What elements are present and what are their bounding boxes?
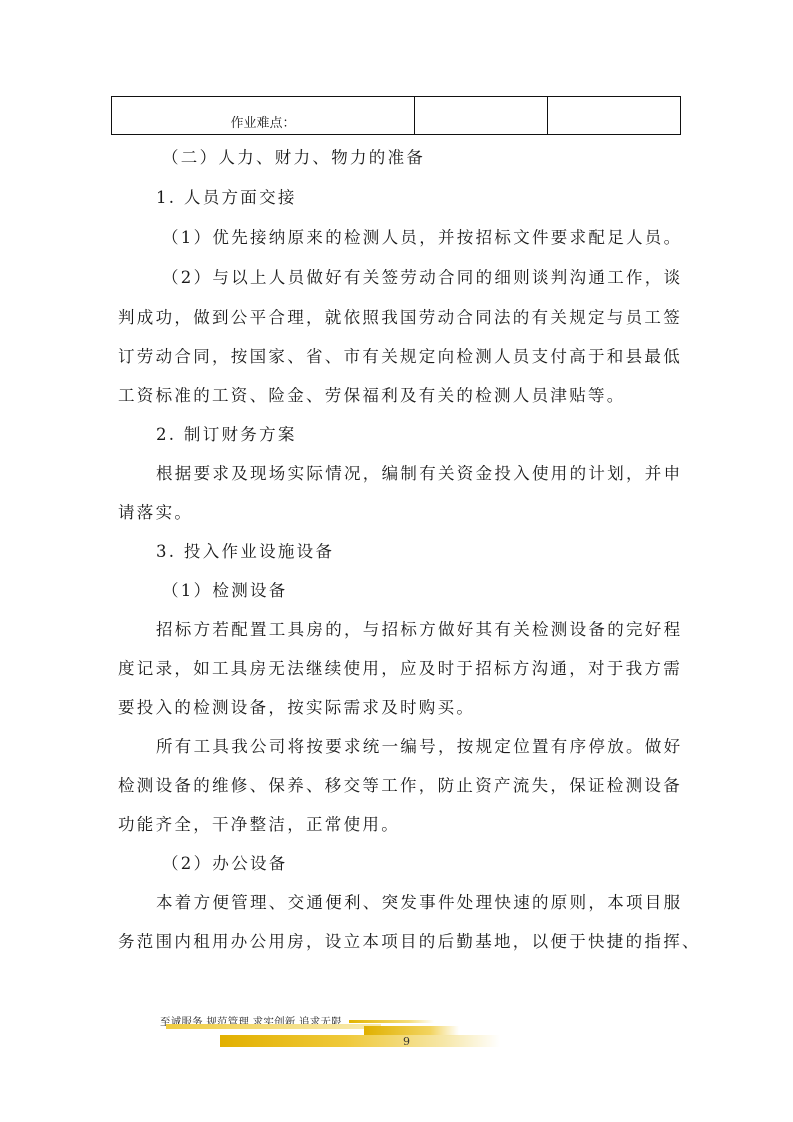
footer-decorative-bar	[166, 1024, 381, 1029]
item-2-heading: 2. 制订财务方案	[156, 424, 726, 446]
page-number: 9	[403, 1035, 410, 1048]
sub-1-paragraph-1-line-2: 度记录，如工具房无法继续使用，应及时于招标方沟通，对于我方需	[118, 658, 688, 680]
sub-2-heading: （2）办公设备	[162, 853, 732, 875]
footer-decorative-bar	[349, 1020, 434, 1023]
sub-1-paragraph-2-line-2: 检测设备的维修、保养、移交等工作，防止资产流失，保证检测设备	[118, 775, 688, 797]
item-1-paragraph-2-line-4: 工资标准的工资、险金、劳保福利及有关的检测人员津贴等。	[118, 385, 688, 407]
sub-1-paragraph-2-line-1: 所有工具我公司将按要求统一编号，按规定位置有序停放。做好	[156, 736, 726, 758]
item-2-paragraph-line-2: 请落实。	[118, 502, 688, 524]
item-1-paragraph-2-line-3: 订劳动合同，按国家、省、市有关规定向检测人员支付高于和县最低	[118, 346, 688, 368]
sub-1-heading: （1）检测设备	[162, 580, 732, 602]
table-cell-difficulty: 作业难点：	[112, 97, 415, 135]
item-1-paragraph-2-line-2: 判成功，做到公平合理，就依照我国劳动合同法的有关规定与员工签	[118, 307, 688, 329]
section-heading: （二）人力、财力、物力的准备	[162, 147, 732, 169]
document-page: 作业难点： （二）人力、财力、物力的准备 1. 人员方面交接 （1）优先接纳原来…	[0, 0, 793, 1122]
item-2-paragraph-line-1: 根据要求及现场实际情况，编制有关资金投入使用的计划，并申	[156, 463, 726, 485]
item-1-paragraph-1: （1）优先接纳原来的检测人员，并按招标文件要求配足人员。	[162, 227, 732, 249]
table-cell-empty-2	[548, 97, 681, 135]
item-3-heading: 3. 投入作业设施设备	[156, 541, 726, 563]
item-1-heading: 1. 人员方面交接	[156, 187, 726, 209]
sub-1-paragraph-2-line-3: 功能齐全，干净整洁，正常使用。	[118, 814, 688, 836]
footer-decorative-bar	[220, 1035, 500, 1047]
table-row: 作业难点：	[112, 97, 681, 135]
sub-1-paragraph-1-line-3: 要投入的检测设备，按实际需求及时购买。	[118, 697, 688, 719]
sub-1-paragraph-1-line-1: 招标方若配置工具房的，与招标方做好其有关检测设备的完好程	[156, 619, 726, 641]
table-cell-empty-1	[415, 97, 548, 135]
sub-2-paragraph-line-2: 务范围内租用办公用房，设立本项目的后勤基地，以便于快捷的指挥、	[118, 931, 688, 953]
item-1-paragraph-2-line-1: （2）与以上人员做好有关签劳动合同的细则谈判沟通工作，谈	[162, 267, 732, 289]
difficulty-table: 作业难点：	[111, 96, 681, 135]
sub-2-paragraph-line-1: 本着方便管理、交通便利、突发事件处理快速的原则，本项目服	[156, 892, 726, 914]
